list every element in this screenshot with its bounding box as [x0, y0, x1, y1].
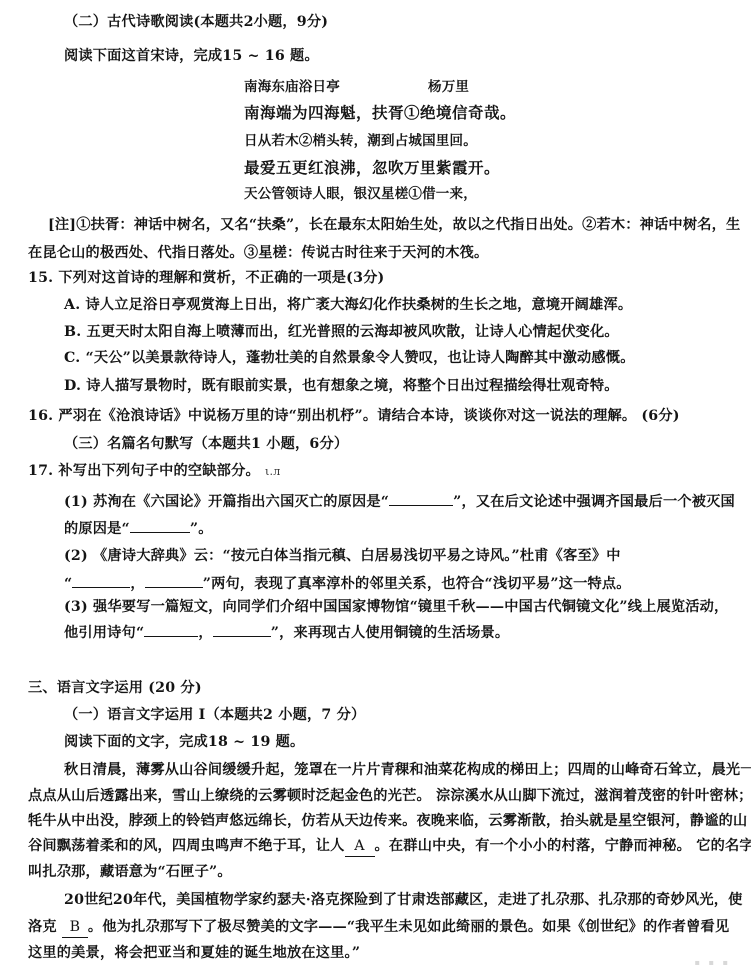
- blank-b[interactable]: B: [62, 917, 88, 938]
- question-17-stem-text: 17. 补写出下列句子中的空缺部分。: [28, 463, 260, 479]
- fill-blank[interactable]: [213, 622, 271, 637]
- poem-line: 最爱五更红浪沸，忽吹万里紫霞开。: [244, 158, 500, 178]
- section-heading-language-use-1: （一）语言文字运用 Ⅰ（本题共2 小题，7 分）: [64, 705, 365, 725]
- passage-line: 这里的美景，将会把亚当和夏娃的诞生地放在这里。”: [28, 943, 360, 963]
- blank-a[interactable]: A: [345, 836, 375, 857]
- question-15-option-a: A. 诗人立足浴日亭观赏海上日出，将广袤大海幻化作扶桑树的生长之地，意境开阔雄浑…: [64, 295, 632, 315]
- passage-line: 秋日清晨，薄雾从山谷间缓缓升起，笼罩在一片片青稞和油菜花构成的梯田上；四周的山峰…: [64, 760, 751, 780]
- item-2-text: ”两句，表现了真率淳朴的邻里关系，也符合“浅切平易”这一特点。: [203, 576, 631, 592]
- passage-text: 洛克: [28, 919, 62, 935]
- question-17-item-3: (3) 强华要写一篇短文，向同学们介绍中国国家博物馆“镜里千秋——中国古代铜镜文…: [64, 597, 728, 617]
- question-17-item-2: (2) 《唐诗大辞典》云：“按元白体当指元稹、白居易浅切平易之诗风。”杜甫《客至…: [64, 546, 621, 566]
- section-heading-recitation: （三）名篇名句默写（本题共1 小题，6分）: [64, 434, 348, 454]
- question-15-option-c: C. “天公”以美景款待诗人，蓬勃壮美的自然景象令人赞叹，也让诗人陶醉其中激动感…: [64, 348, 635, 368]
- comma: ，: [198, 625, 212, 641]
- question-17-stem: 17. 补写出下列句子中的空缺部分。 ι.л: [28, 461, 280, 482]
- section-heading-poetry: （二）古代诗歌阅读(本题共2小题，9分): [64, 12, 328, 32]
- quote-open: “: [64, 576, 72, 592]
- passage-text: 。他为扎尕那写下了极尽赞美的文字——“我平生未见如此绮丽的景色。如果《创世纪》的…: [88, 919, 729, 935]
- poem-author: 杨万里: [428, 77, 469, 97]
- question-16: 16. 严羽在《沧浪诗话》中说杨万里的诗“别出机杼”。请结合本诗，谈谈你对这一说…: [28, 406, 680, 426]
- item-1-text: 的原因是“: [64, 521, 130, 537]
- poem-note-line-1: [注]①扶胥：神话中树名，又名“扶桑”，长在最东太阳始生处，故以之代指日出处。②…: [48, 215, 740, 235]
- question-15-option-d: D. 诗人描写景物时，既有眼前实景，也有想象之境，将整个日出过程描绘得壮观奇特。: [64, 376, 619, 396]
- poem-title: 南海东庙浴日亭: [244, 77, 340, 97]
- passage-text: 谷间飘荡着柔和的风，四周虫鸣声不绝于耳，让人: [28, 838, 345, 854]
- fill-blank[interactable]: [144, 622, 198, 637]
- fill-blank[interactable]: [145, 573, 203, 588]
- poem-note-line-2: 在昆仑山的极西处、代指日落处。③星槎：传说古时往来于天河的木筏。: [28, 243, 488, 263]
- poem-line: 天公管领诗人眼，银汉星槎①借一来，: [244, 184, 477, 204]
- passage-line: 洛克 B。他为扎尕那写下了极尽赞美的文字——“我平生未见如此绮丽的景色。如果《创…: [28, 917, 729, 938]
- question-15-option-b: B. 五更天时太阳自海上喷薄而出，红光普照的云海却被风吹散，让诗人心情起伏变化。: [64, 322, 619, 342]
- stray-handwritten-mark: ι.л: [265, 465, 280, 478]
- faint-watermark: ▪ ▪ ▪: [695, 958, 731, 967]
- reading-instruction: 阅读下面的文字，完成18 ~ 19 题。: [64, 732, 304, 752]
- poem-line: 日从若木②梢头转，潮到占城国里回。: [244, 131, 477, 151]
- passage-line: 谷间飘荡着柔和的风，四周虫鸣声不绝于耳，让人A。在群山中央，有一个小小的村落，宁…: [28, 836, 751, 857]
- item-1-text: (1) 苏洵在《六国论》开篇指出六国灭亡的原因是“: [64, 494, 389, 510]
- passage-line: 叫扎尕那，藏语意为“石匣子”。: [28, 862, 232, 882]
- passage-line: 点点从山后透露出来，雪山上缭绕的云雾顿时泛起金色的光芒。 淙淙溪水从山脚下流过，…: [28, 786, 751, 806]
- fill-blank[interactable]: [389, 491, 453, 506]
- question-17-item-1: (1) 苏洵在《六国论》开篇指出六国灭亡的原因是“”，又在后文论述中强调齐国最后…: [64, 491, 735, 512]
- passage-line: 牦牛从中出没，脖颈上的铃铛声悠远绵长，仿若从天边传来。夜晚来临，云雾渐散，抬头就…: [28, 811, 747, 831]
- exam-page: （二）古代诗歌阅读(本题共2小题，9分) 阅读下面这首宋诗，完成15 ~ 16 …: [0, 0, 751, 973]
- part-heading-language-use: 三、语言文字运用 (20 分): [28, 678, 202, 698]
- passage-line: 20世纪20年代，美国植物学家约瑟夫·洛克探险到了甘肃迭部藏区，走进了扎尕那、扎…: [64, 890, 742, 910]
- question-17-item-2-cont: “，”两句，表现了真率淳朴的邻里关系，也符合“浅切平易”这一特点。: [64, 573, 631, 594]
- question-17-item-3-cont: 他引用诗句“，”，来再现古人使用铜镜的生活场景。: [64, 622, 509, 643]
- fill-blank[interactable]: [72, 573, 130, 588]
- passage-text: 。在群山中央，有一个小小的村落，宁静而神秘。 它的名字: [375, 838, 751, 854]
- item-3-text: 他引用诗句“: [64, 625, 144, 641]
- poem-line: 南海端为四海魁，扶胥①绝境信奇哉。: [244, 103, 516, 123]
- poetry-instruction: 阅读下面这首宋诗，完成15 ~ 16 题。: [64, 46, 319, 66]
- question-15-stem: 15. 下列对这首诗的理解和赏析，不正确的一项是(3分): [28, 268, 384, 288]
- question-17-item-1-cont: 的原因是“”。: [64, 518, 213, 539]
- fill-blank[interactable]: [130, 518, 190, 533]
- item-3-text: ”，来再现古人使用铜镜的生活场景。: [271, 625, 510, 641]
- item-1-text: ”，又在后文论述中强调齐国最后一个被灭国: [453, 494, 735, 510]
- item-1-text: ”。: [190, 521, 213, 537]
- comma: ，: [130, 576, 144, 592]
